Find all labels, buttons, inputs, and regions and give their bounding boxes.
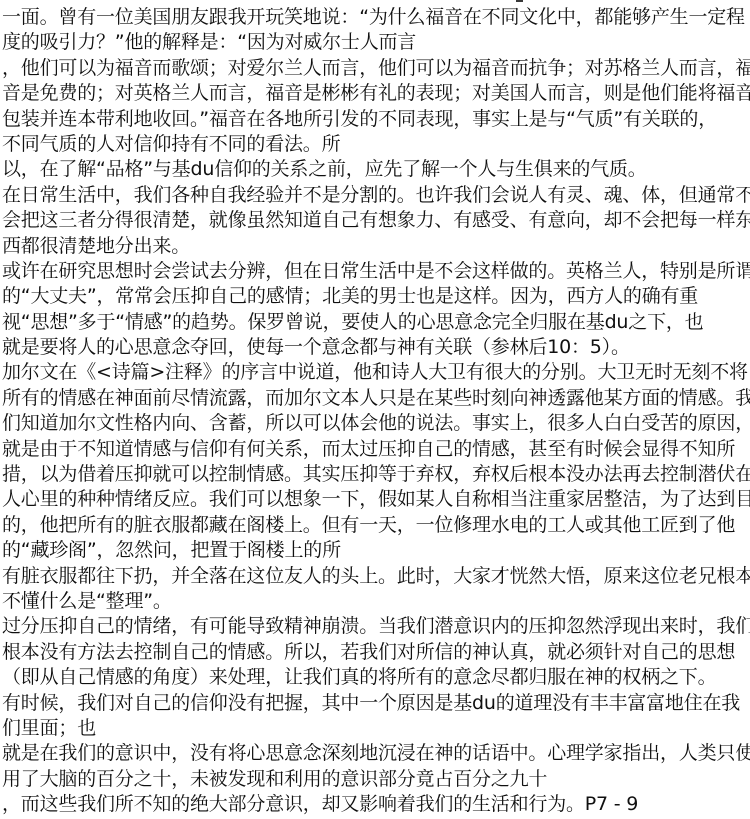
text-line: 音是免费的；对英格兰人而言，福音是彬彬有礼的表现；对美国人而言，则是他们能将福音 — [2, 81, 750, 106]
text-line: 措，以为借着压抑就可以控制情感。其实压抑等于弃权，弃权后根本没办法再去控制潜伏在 — [2, 462, 750, 487]
text-line: 有时候，我们对自己的信仰没有把握，其中一个原因是基du的道理没有丰丰富富地住在我 — [2, 691, 750, 716]
text-line: 所有的情感在神面前尽情流露，而加尔文本人只是在某些时刻向神透露他某方面的情感。我 — [2, 386, 750, 411]
text-line: 包装并连本带利地收回。”福音在各地所引发的不同表现，事实上是与“气质”有关联的， — [2, 107, 750, 132]
text-line: 就是在我们的意识中，没有将心思意念深刻地沉浸在神的话语中。心理学家指出，人类只使 — [2, 741, 750, 766]
text-line: 们知道加尔文性格内向、含蓄，所以可以体会他的说法。事实上，很多人白白受苦的原因， — [2, 411, 750, 436]
text-line: 以，在了解“品格”与基du信仰的关系之前，应先了解一个人与生俱来的气质。 — [2, 157, 750, 182]
text-line: （即从自己情感的角度）来处理，让我们真的将所有的意念尽都归服在神的权柄之下。 — [2, 665, 750, 690]
text-line: 就是要将人的心思意念夺回，使每一个意念都与神有关联（参林后10：5）。 — [2, 335, 750, 360]
text-line: 就是由于不知道情感与信仰有何关系，而太过压抑自己的情感，甚至有时候会显得不知所 — [2, 437, 750, 462]
text-line: 有脏衣服都往下扔，并全落在这位友人的头上。此时，大家才恍然大悟，原来这位老兄根本 — [2, 564, 750, 589]
text-line: 用了大脑的百分之十，未被发现和利用的意识部分竟占百分之九十 — [2, 767, 750, 792]
text-line: 或许在研究思想时会尝试去分辨，但在日常生活中是不会这样做的。英格兰人，特别是所谓 — [2, 259, 750, 284]
text-line: 一面。曾有一位美国朋友跟我开玩笑地说：“为什么福音在不同文化中，都能够产生一定程 — [2, 5, 750, 30]
text-line: 不懂什么是“整理”。 — [2, 589, 750, 614]
text-line: ，他们可以为福音而歌颂；对爱尔兰人而言，他们可以为福音而抗争；对苏格兰人而言，福 — [2, 56, 750, 81]
text-line: 的“藏珍阁”，忽然问，把置于阁楼上的所 — [2, 538, 750, 563]
text-line: 视“思想”多于“情感”的趋势。保罗曾说，要使人的心思意念完全归服在基du之下，也 — [2, 310, 750, 335]
text-line: ，而这些我们所不知的绝大部分意识，却又影响着我们的生活和行为。P7 - 9 — [2, 792, 750, 817]
clipped-glyph-fragment — [516, 0, 523, 2]
text-line: 过分压抑自己的情绪，有可能导致精神崩溃。当我们潜意识内的压抑忽然浮现出来时，我们 — [2, 614, 750, 639]
text-line: 的，他把所有的脏衣服都藏在阁楼上。但有一天，一位修理水电的工人或其他工匠到了他 — [2, 513, 750, 538]
document-text: 一面。曾有一位美国朋友跟我开玩笑地说：“为什么福音在不同文化中，都能够产生一定程… — [2, 5, 750, 818]
text-line: 们里面；也 — [2, 716, 750, 741]
text-line: 根本没有方法去控制自己的情感。所以，若我们对所信的神认真，就必须针对自己的思想 — [2, 640, 750, 665]
text-line: 度的吸引力？”他的解释是：“因为对威尔士人而言 — [2, 30, 750, 55]
text-line: 不同气质的人对信仰持有不同的看法。所 — [2, 132, 750, 157]
text-line: 人心里的种种情绪反应。我们可以想象一下，假如某人自称相当注重家居整洁，为了达到目 — [2, 487, 750, 512]
text-line: 西都很清楚地分出来。 — [2, 234, 750, 259]
text-line: 加尔文在《<诗篇>注释》的序言中说道，他和诗人大卫有很大的分别。大卫无时无刻不将 — [2, 360, 750, 385]
text-line: 的“大丈夫”，常常会压抑自己的感情；北美的男士也是这样。因为，西方人的确有重 — [2, 284, 750, 309]
text-line: 会把这三者分得很清楚，就像虽然知道自己有想象力、有感受、有意向，却不会把每一样东 — [2, 208, 750, 233]
text-line: 在日常生活中，我们各种自我经验并不是分割的。也许我们会说人有灵、魂、体，但通常不 — [2, 183, 750, 208]
